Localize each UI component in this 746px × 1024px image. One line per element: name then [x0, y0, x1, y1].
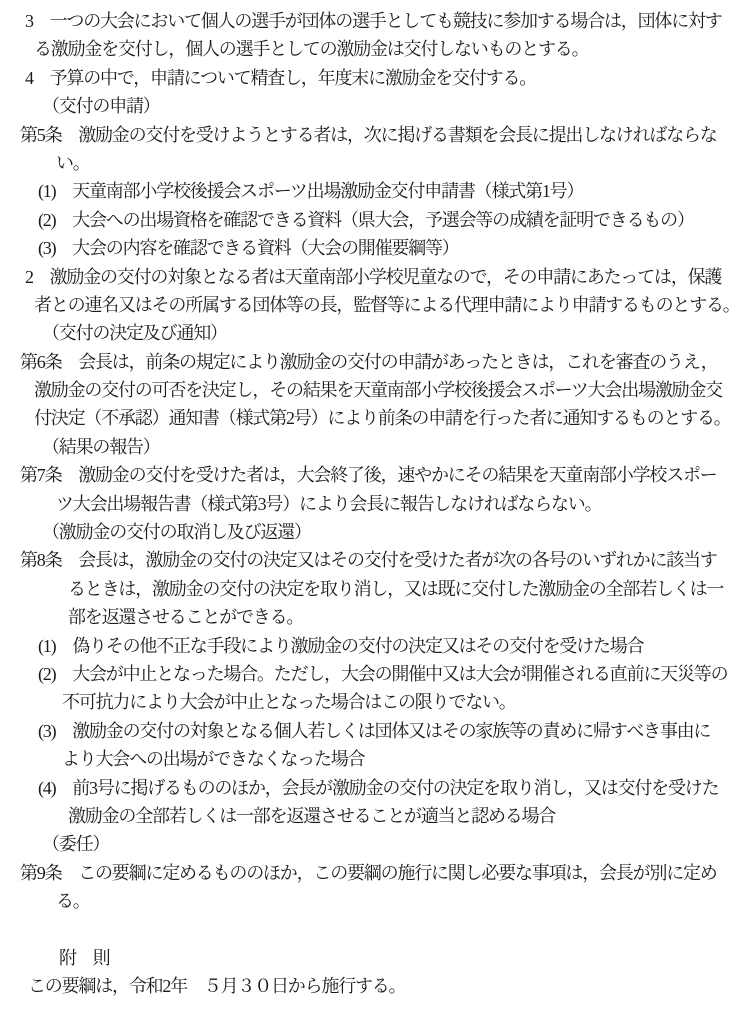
- article-6-line-3: 付決定（不承認）通知書（様式第2号）により前条の申請を行った者に通知するものとす…: [0, 404, 746, 432]
- enforcement-date-line: この要綱は，令和2年 ５月３０日から施行する。: [0, 972, 746, 1000]
- article-5-item-1: (1) 天童南部小学校後援会スポーツ出場激励金交付申請書（様式第1号）: [0, 177, 746, 205]
- article-8-item-4-line-1: (4) 前3号に掲げるもののほか，会長が激励金の交付の決定を取り消し，又は交付を…: [0, 774, 746, 802]
- para-3-line-1: 3 一つの大会において個人の選手が団体の選手としても競技に参加する場合は，団体に…: [0, 7, 746, 35]
- article-8-line-2: るときは，激励金の交付の決定を取り消し，又は既に交付した激励金の全部若しくは一: [0, 575, 746, 603]
- para-3-line-2: る激励金を交付し，個人の選手としての激励金は交付しないものとする。: [0, 35, 746, 63]
- para-2-line-2: 者との連名又はその所属する団体等の長，監督等による代理申請により申請するものとす…: [0, 291, 746, 319]
- article-8-item-1: (1) 偽りその他不正な手段により激励金の交付の決定又はその交付を受けた場合: [0, 632, 746, 660]
- article-9-line-1: 第9条 この要綱に定めるもののほか，この要綱の施行に関し必要な事項は，会長が別に…: [0, 859, 746, 887]
- article-9-line-2: る。: [0, 887, 746, 915]
- section-label-application: （交付の申請）: [0, 92, 746, 120]
- section-label-cancel-return: （激励金の交付の取消し及び返還）: [0, 518, 746, 546]
- article-7-line-1: 第7条 激励金の交付を受けた者は，大会終了後，速やかにその結果を天童南部小学校ス…: [0, 461, 746, 489]
- article-8-line-3: 部を返還させることができる。: [0, 603, 746, 631]
- article-6-line-1: 第6条 会長は，前条の規定により激励金の交付の申請があったときは，これを審査のう…: [0, 348, 746, 376]
- article-5-item-3: (3) 大会の内容を確認できる資料（大会の開催要綱等）: [0, 234, 746, 262]
- article-8-item-3-line-1: (3) 激励金の交付の対象となる個人若しくは団体又はその家族等の責めに帰すべき事…: [0, 717, 746, 745]
- article-8-item-3-line-2: より大会への出場ができなくなった場合: [0, 745, 746, 773]
- para-4-line: 4 予算の中で，申請について精査し，年度末に激励金を交付する。: [0, 64, 746, 92]
- document-page: 3 一つの大会において個人の選手が団体の選手としても競技に参加する場合は，団体に…: [0, 0, 746, 1024]
- article-6-line-2: 激励金の交付の可否を決定し，その結果を天童南部小学校後援会スポーツ大会出場激励金…: [0, 376, 746, 404]
- article-8-item-4-line-2: 激励金の全部若しくは一部を返還させることが適当と認める場合: [0, 802, 746, 830]
- article-7-line-2: ツ大会出場報告書（様式第3号）により会長に報告しなければならない。: [0, 490, 746, 518]
- para-2-line-1: 2 激励金の交付の対象となる者は天童南部小学校児童なので，その申請にあたっては，…: [0, 263, 746, 291]
- article-8-item-2-line-2: 不可抗力により大会が中止となった場合はこの限りでない。: [0, 688, 746, 716]
- section-label-delegation: （委任）: [0, 830, 746, 858]
- article-5-item-2: (2) 大会への出場資格を確認できる資料（県大会，予選会等の成績を証明できるもの…: [0, 206, 746, 234]
- blank-line: [0, 916, 746, 944]
- section-label-decision-notice: （交付の決定及び通知）: [0, 319, 746, 347]
- article-5-line-2: い。: [0, 149, 746, 177]
- appendix-heading: 附 則: [0, 944, 746, 972]
- article-5-line-1: 第5条 激励金の交付を受けようとする者は，次に掲げる書類を会長に提出しなければな…: [0, 121, 746, 149]
- article-8-item-2-line-1: (2) 大会が中止となった場合。ただし，大会の開催中又は大会が開催される直前に天…: [0, 660, 746, 688]
- article-8-line-1: 第8条 会長は，激励金の交付の決定又はその交付を受けた者が次の各号のいずれかに該…: [0, 546, 746, 574]
- section-label-result-report: （結果の報告）: [0, 433, 746, 461]
